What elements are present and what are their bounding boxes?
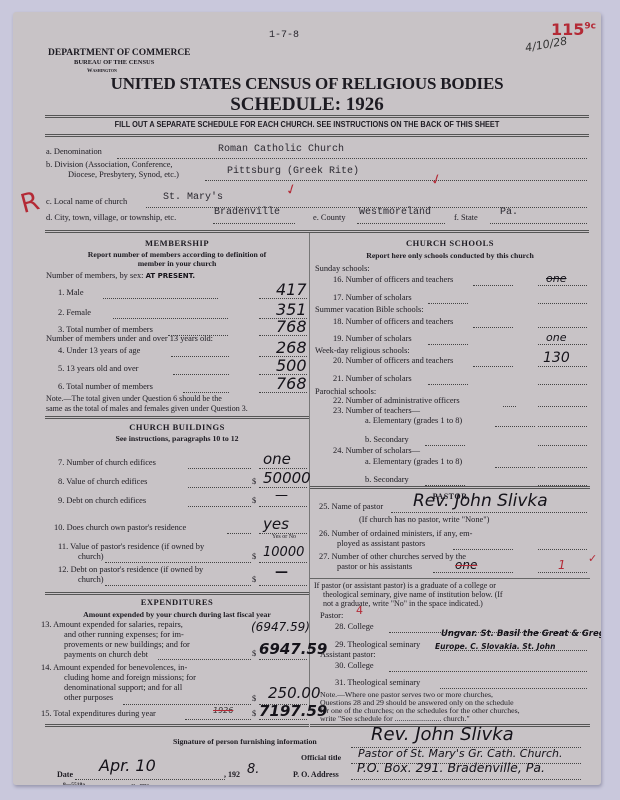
dotted-leader-line (168, 335, 228, 336)
dotted-leader-line (173, 374, 229, 375)
school-q19-field[interactable]: one (546, 331, 566, 344)
dotted-leader-line (428, 344, 468, 345)
dotted-leader-line (158, 659, 251, 660)
q11-field[interactable]: 10000 (263, 545, 304, 560)
school-q18-label: 18. Number of officers and teachers (333, 317, 453, 326)
age-item-field[interactable]: 768 (276, 374, 307, 393)
department-name: DEPARTMENT OF COMMERCE (48, 48, 191, 58)
dotted-leader-line (440, 688, 587, 689)
building-item-field[interactable]: yes (263, 515, 289, 533)
church-buildings-heading: CHURCH BUILDINGS (45, 422, 309, 432)
q14-field[interactable]: 250.00 (268, 684, 321, 702)
school-q20-label: 20. Number of officers and teachers (333, 356, 453, 365)
graduate-instructions: theological seminary, give name of insti… (323, 590, 503, 599)
membership-item-label: 1. Male (58, 288, 84, 297)
building-item-label: 10. Does church own pastor's residence (54, 523, 186, 532)
school-q24-label: 24. Number of scholars— (333, 446, 420, 455)
dotted-leader-line (213, 223, 295, 224)
print-code: 11—9084 (131, 783, 149, 785)
q13-field[interactable]: 6947.59 (259, 640, 327, 658)
text-fragment: AT PRESENT. (146, 272, 195, 280)
dotted-leader-line (183, 392, 229, 393)
building-item-label: 9. Debt on church edifices (58, 496, 146, 505)
section-divider (45, 592, 309, 595)
dotted-leader-line (389, 671, 587, 672)
local-name-label: c. Local name of church (46, 197, 127, 206)
dotted-leader-line (428, 303, 468, 304)
age-item-field[interactable]: 500 (276, 356, 307, 375)
dotted-leader-line (351, 779, 581, 780)
dollar-sign: $ (252, 709, 256, 718)
membership-note: Note.—The total given under Question 6 s… (46, 394, 222, 403)
form-code: 8—5518a (63, 782, 85, 785)
building-item-field[interactable]: — (275, 488, 288, 503)
dotted-leader-line (428, 384, 468, 385)
q12-label: 12. Debt on pastor's residence (if owned… (58, 565, 203, 574)
dotted-leader-line (503, 406, 516, 407)
city-label: d. City, town, village, or township, etc… (46, 213, 176, 222)
school-summer-label: Summer vacation Bible schools: (315, 305, 424, 314)
pastor-name-field[interactable]: Rev. John Slivka (413, 491, 548, 511)
q27-label: 27. Number of other churches served by t… (319, 552, 466, 561)
school-q23b-label: b. Secondary (365, 435, 409, 444)
q13-note: (6947.59) (251, 620, 310, 634)
dollar-sign: $ (252, 477, 256, 486)
dotted-leader-line (391, 512, 587, 513)
po-address-label: P. O. Address (293, 770, 339, 779)
membership-item-field[interactable]: 768 (276, 317, 307, 336)
school-q23-label: 23. Number of teachers— (333, 406, 420, 415)
section-divider (45, 115, 589, 118)
red-checkmark: ✓ (588, 552, 597, 565)
school-q17-label: 17. Number of scholars (333, 293, 412, 302)
by-sex-label: Number of members, by sex: AT PRESENT. (46, 271, 195, 280)
q27-label: pastor or his assistants (337, 562, 412, 571)
dotted-leader-line (538, 327, 587, 328)
signature-label: Signature of person furnishing informati… (173, 737, 317, 746)
q11-label: church) (78, 552, 104, 561)
dotted-leader-line (103, 298, 218, 299)
form-number: 1-7-8 (269, 30, 299, 41)
state-label: f. State (454, 213, 478, 222)
census-schedule-sheet: 1-7-8 1159c 4/10/28 DEPARTMENT OF COMMER… (13, 12, 601, 785)
handwritten-date: 4/10/28 (524, 34, 568, 54)
date-label: Date (57, 770, 73, 779)
age-item-field[interactable]: 268 (276, 338, 307, 357)
q11-label: 11. Value of pastor's residence (if owne… (58, 542, 204, 551)
building-item-field[interactable]: one (263, 450, 291, 468)
q14-label: cluding home and foreign missions; for (64, 673, 196, 682)
dotted-leader-line (188, 468, 251, 469)
dotted-leader-line (453, 549, 513, 550)
school-q21-label: 21. Number of scholars (333, 374, 412, 383)
section-divider (310, 486, 590, 489)
school-q19-label: 19. Number of scholars (333, 334, 412, 343)
dotted-leader-line (538, 426, 587, 427)
local-name-field[interactable]: St. Mary's (163, 192, 223, 203)
red-checkmark: ✓ (428, 171, 445, 191)
city-field[interactable]: Bradenville (214, 207, 280, 218)
q30-label: 30. College (335, 661, 374, 670)
dotted-leader-line (259, 659, 307, 660)
dotted-leader-line (495, 426, 535, 427)
membership-subtitle: member in your church (45, 259, 309, 268)
dotted-leader-line (357, 223, 445, 224)
po-address-field[interactable]: P.O. Box. 291. Bradenville, Pa. (357, 760, 545, 775)
schedule-title: SCHEDULE: 1926 (13, 94, 601, 116)
section-divider (45, 134, 589, 137)
q26-label: 26. Number of ordained ministers, if any… (319, 529, 472, 538)
dotted-leader-line (473, 285, 513, 286)
pastor-mark: 4 (356, 604, 363, 617)
dotted-leader-line (205, 180, 587, 181)
dollar-sign: $ (252, 552, 256, 561)
dotted-leader-line (227, 533, 251, 534)
age-item-label: 6. Total number of members (58, 382, 153, 391)
q26-label: ployed as assistant pastors (337, 539, 425, 548)
q13-label: and other running expenses; for im- (64, 630, 184, 639)
yes-no-hint: Yes or No (272, 534, 296, 540)
q14-label: 14. Amount expended for benevolences, in… (41, 663, 187, 672)
dotted-leader-line (105, 585, 251, 586)
assistant-pastor-subheading: Assistant pastor: (320, 650, 376, 659)
q14-label: other purposes (64, 693, 113, 702)
church-schools-subtitle: Report here only schools conducted by th… (310, 251, 590, 260)
q15-field[interactable]: 7197.59 (259, 702, 327, 720)
pastor-subheading: Pastor: (320, 611, 343, 620)
membership-note: same as the total of males and females g… (46, 404, 248, 413)
date-field[interactable]: Apr. 10 (99, 756, 156, 775)
q25-hint: (If church has no pastor, write "None") (359, 515, 489, 524)
dotted-leader-line (538, 445, 587, 446)
division-field[interactable]: Pittsburg (Greek Rite) (227, 166, 359, 177)
county-field[interactable]: Westmoreland (359, 207, 431, 218)
school-sunday-label: Sunday schools: (315, 264, 370, 273)
age-item-label: 4. Under 13 years of age (58, 346, 140, 355)
dotted-leader-line (538, 303, 587, 304)
dotted-leader-line (75, 779, 225, 780)
section-divider (45, 724, 309, 727)
dollar-sign: $ (252, 649, 256, 658)
dotted-leader-line (538, 384, 587, 385)
year-prefix: , 192 (224, 770, 240, 779)
division-label-cont: Diocese, Presbytery, Synod, etc.) (68, 170, 179, 179)
dotted-leader-line (105, 562, 251, 563)
dotted-leader-line (185, 719, 251, 720)
q27-field[interactable]: one (455, 558, 477, 572)
margin-red-mark: R (17, 186, 42, 220)
dotted-leader-line (538, 572, 587, 573)
membership-subtitle: Report number of members according to de… (45, 250, 309, 259)
dotted-leader-line (188, 506, 251, 507)
q12-label: church) (78, 575, 104, 584)
dotted-leader-line (171, 356, 229, 357)
age-item-label: 5. 13 years old and over (58, 364, 138, 373)
q12-field[interactable]: — (275, 565, 288, 580)
dotted-leader-line (259, 506, 307, 507)
dotted-leader-line (473, 327, 513, 328)
dotted-leader-line (259, 585, 307, 586)
q14-label: denominational support; and for all (64, 683, 182, 692)
red-checkmark: ✓ (283, 181, 300, 201)
official-title-label: Official title (301, 753, 341, 762)
building-item-label: 8. Value of church edifices (58, 477, 147, 486)
expenditures-subtitle: Amount expended by your church during la… (45, 610, 309, 619)
school-parochial-label: Parochial schools: (315, 387, 376, 396)
dollar-sign: $ (252, 496, 256, 505)
dotted-leader-line (425, 445, 465, 446)
q13-label: 13. Amount expended for salaries, repair… (41, 620, 183, 629)
building-item-field[interactable]: 50000 (263, 469, 311, 487)
dotted-leader-line (538, 285, 587, 286)
text-fragment: Number of members, by sex: (46, 271, 143, 280)
q27-correction: 1 (558, 558, 566, 572)
dotted-leader-line (495, 467, 535, 468)
graduate-instructions: If pastor (or assistant pastor) is a gra… (314, 581, 496, 590)
q15-year: 1926 (213, 706, 233, 715)
seminary-field-cont: Europe. C. Slovakia. St. John (435, 642, 555, 651)
dotted-leader-line (473, 366, 513, 367)
q25-label: 25. Name of pastor (319, 502, 383, 511)
dotted-leader-line (117, 158, 587, 159)
dotted-leader-line (490, 223, 587, 224)
county-label: e. County (313, 213, 346, 222)
denomination-field[interactable]: Roman Catholic Church (218, 144, 344, 155)
section-divider (45, 230, 589, 233)
q28-label: 28. College (335, 622, 374, 631)
membership-item-label: 3. Total number of members (58, 325, 153, 334)
school-q24a-label: a. Elementary (grades 1 to 8) (365, 457, 462, 466)
dollar-sign: $ (252, 694, 256, 703)
school-q16-label: 16. Number of officers and teachers (333, 275, 453, 284)
school-q23a-label: a. Elementary (grades 1 to 8) (365, 416, 462, 425)
dotted-leader-line (433, 572, 513, 573)
bureau-name: BUREAU OF THE CENSUS (74, 59, 154, 66)
pastor-note: write "See schedule for ................… (320, 714, 470, 723)
building-item-label: 7. Number of church edifices (58, 458, 156, 467)
expenditures-heading: EXPENDITURES (45, 597, 309, 607)
school-q22-label: 22. Number of administrative officers (333, 396, 460, 405)
dotted-leader-line (113, 318, 228, 319)
denomination-label: a. Denomination (46, 147, 102, 156)
dotted-leader-line (538, 467, 587, 468)
school-q24b-label: b. Secondary (365, 475, 409, 484)
graduate-instructions: not a graduate, write "No" in the space … (323, 599, 483, 608)
dotted-leader-line (425, 485, 465, 486)
q13-label: provements or new buildings; and for (64, 640, 190, 649)
fill-instructions: FILL OUT A SEPARATE SCHEDULE FOR EACH CH… (37, 120, 578, 129)
document-title: UNITED STATES CENSUS OF RELIGIOUS BODIES (13, 74, 601, 94)
dotted-leader-line (538, 366, 587, 367)
school-q20-field[interactable]: 130 (543, 350, 570, 366)
dotted-leader-line (123, 704, 251, 705)
dollar-sign: $ (252, 575, 256, 584)
section-divider (45, 416, 309, 419)
seminary-field[interactable]: Ungvar. St. Basil the Great & Gregory (441, 629, 601, 639)
dotted-leader-line (259, 562, 307, 563)
q31-label: 31. Theological seminary (335, 678, 420, 687)
dotted-leader-line (538, 344, 587, 345)
q29-label: 29. Theological seminary (335, 640, 420, 649)
dotted-leader-line (538, 549, 587, 550)
year-field[interactable]: 8. (247, 762, 259, 777)
church-schools-heading: CHURCH SCHOOLS (310, 238, 590, 248)
section-divider (310, 578, 590, 579)
state-field[interactable]: Pa. (500, 207, 518, 218)
signature-field[interactable]: Rev. John Slivka (371, 724, 514, 745)
text-fragment: 9c (584, 22, 596, 32)
official-title-field[interactable]: Pastor of St. Mary's Gr. Cath. Church. (358, 747, 562, 760)
school-q16-field[interactable]: one (546, 272, 566, 285)
q13-label: payments on church debt (64, 650, 148, 659)
membership-heading: MEMBERSHIP (45, 238, 309, 248)
dotted-leader-line (538, 406, 587, 407)
dotted-leader-line (188, 487, 251, 488)
dotted-leader-line (538, 485, 587, 486)
division-label: b. Division (Association, Conference, (46, 160, 173, 169)
school-weekday-label: Week-day religious schools: (315, 346, 410, 355)
q15-label: 15. Total expenditures during year (41, 709, 156, 718)
church-buildings-subtitle: See instructions, paragraphs 10 to 12 (45, 434, 309, 443)
membership-item-label: 2. Female (58, 308, 91, 317)
membership-item-field[interactable]: 417 (276, 280, 307, 299)
